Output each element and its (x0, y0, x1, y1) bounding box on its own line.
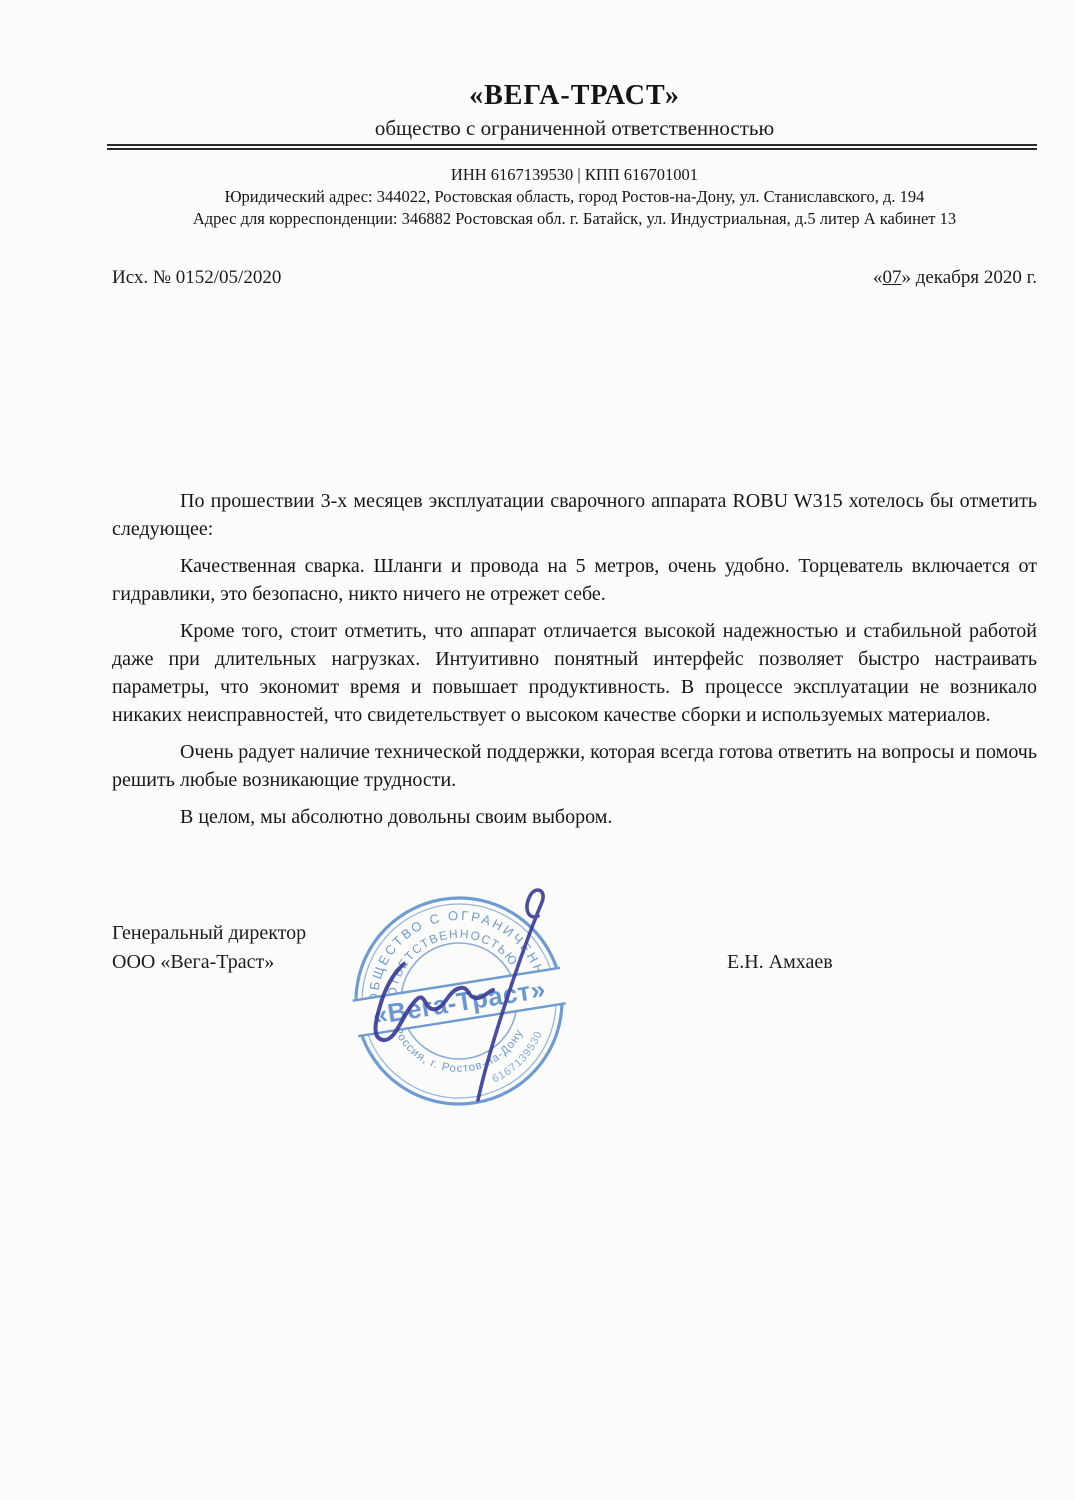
paragraph-2: Качественная сварка. Шланги и провода на… (112, 552, 1037, 608)
company-requisites: ИНН 6167139530 | КПП 616701001 Юридическ… (112, 164, 1037, 229)
company-subtitle: общество с ограниченной ответственностью (112, 116, 1037, 141)
paragraph-5: В целом, мы абсолютно довольны своим выб… (112, 803, 1037, 831)
letterhead: «ВЕГА-ТРАСТ» общество с ограниченной отв… (112, 80, 1037, 229)
company-title: «ВЕГА-ТРАСТ» (112, 80, 1037, 112)
signer-position: Генеральный директор ООО «Вега-Траст» (112, 919, 412, 977)
paragraph-1: По прошествии 3-х месяцев эксплуатации с… (112, 487, 1037, 543)
meta-row: Исх. № 0152/05/2020 «07» декабря 2020 г. (112, 267, 1037, 289)
signer-position-line2: ООО «Вега-Траст» (112, 948, 412, 977)
signer-position-line1: Генеральный директор (112, 919, 412, 948)
stamp-inn-number: 6167139530 (484, 1027, 552, 1086)
letterhead-divider (107, 144, 1037, 150)
inn-kpp-line: ИНН 6167139530 | КПП 616701001 (112, 164, 1037, 185)
letter-date: «07» декабря 2020 г. (873, 267, 1037, 289)
signature-block: Генеральный директор ООО «Вега-Траст» Е.… (112, 919, 1037, 977)
date-suffix: » декабря 2020 г. (901, 267, 1037, 288)
postal-address-line: Адрес для корреспонденции: 346882 Ростов… (112, 208, 1037, 229)
paragraph-3: Кроме того, стоит отметить, что аппарат … (112, 617, 1037, 729)
stamp-city-text: Россия, г. Ростов-на-Дону (390, 1006, 530, 1085)
date-day: 07 (882, 267, 901, 288)
scanned-letter-page: «ВЕГА-ТРАСТ» общество с ограниченной отв… (0, 0, 1075, 1500)
paragraph-4: Очень радует наличие технической поддерж… (112, 738, 1037, 794)
stamp-center-text: «Вега-Траст» (371, 974, 548, 1031)
signer-name: Е.Н. Амхаев (727, 919, 833, 977)
legal-address-line: Юридический адрес: 344022, Ростовская об… (112, 186, 1037, 207)
outgoing-number: Исх. № 0152/05/2020 (112, 267, 281, 289)
letter-body: По прошествии 3-х месяцев эксплуатации с… (112, 487, 1037, 831)
letter-content: «ВЕГА-ТРАСТ» общество с ограниченной отв… (0, 0, 1075, 977)
